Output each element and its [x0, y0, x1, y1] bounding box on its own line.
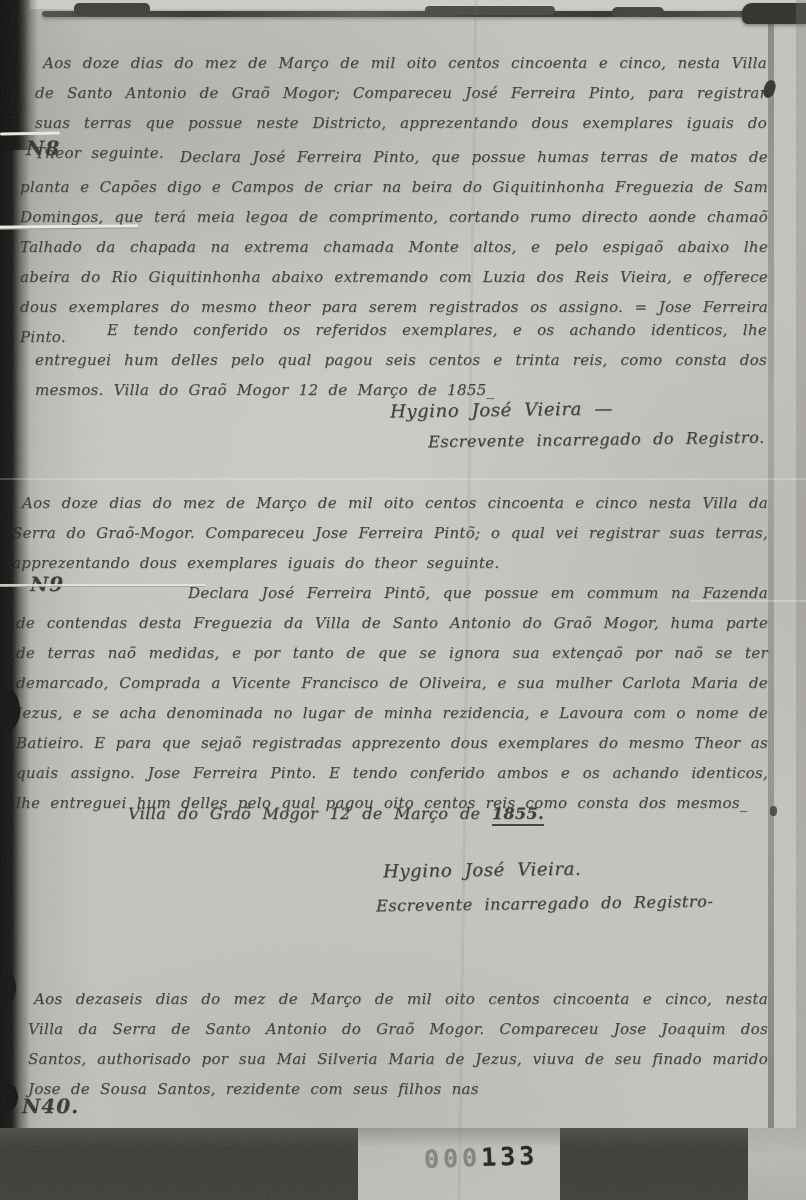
horizontal-crease [690, 600, 806, 602]
record-2-opening: Aos doze dias do mez de Março de mil oit… [12, 488, 768, 578]
record-3-margin-number: N40. [22, 1094, 79, 1118]
left-binding-shadow [0, 0, 30, 1200]
record-1-closing: E tendo conferido os referidos exemplare… [35, 315, 767, 405]
white-scratch-line [0, 584, 205, 587]
record-2-declaration: Declara José Ferreira Pintõ, que possue … [16, 578, 768, 818]
top-edge-ink-blob [425, 6, 555, 15]
record-2-signature-name: Hygino José Vieira. [383, 859, 582, 883]
record-1-signature-name: Hygino José Vieira — [390, 398, 613, 422]
date-prefix: Villa do Graõ Mogor 12 de Março de [128, 804, 492, 823]
right-fold-crease [768, 24, 774, 1200]
record-2-date-line: Villa do Graõ Mogor 12 de Março de 1855. [128, 804, 544, 823]
record-2-signature-title: Escrevente incarregado do Registro- [376, 892, 714, 916]
top-edge-ink-blob [612, 7, 664, 17]
bottom-dark-band-left [0, 1128, 358, 1200]
scanned-manuscript-page: Aos doze dias do mez de Março de mil oit… [0, 0, 806, 1200]
horizontal-crease [0, 478, 806, 480]
bottom-band-far-right [748, 1128, 806, 1200]
right-margin-ink-mark [770, 806, 777, 816]
record-1-signature-title: Escrevente incarregado do Registro. [428, 428, 765, 452]
top-edge-ink-blob [74, 3, 150, 16]
record-3-opening: Aos dezaseis dias do mez de Março de mil… [28, 984, 768, 1104]
left-binding-shadow-top [0, 0, 38, 150]
stamp-bold-digits: 133 [481, 1141, 539, 1172]
stamp-faint-digits: 000 [424, 1143, 482, 1174]
page-number-stamp: 000133 [424, 1141, 539, 1174]
bottom-dark-band-right [560, 1128, 748, 1200]
date-year-underlined: 1855. [492, 804, 544, 826]
